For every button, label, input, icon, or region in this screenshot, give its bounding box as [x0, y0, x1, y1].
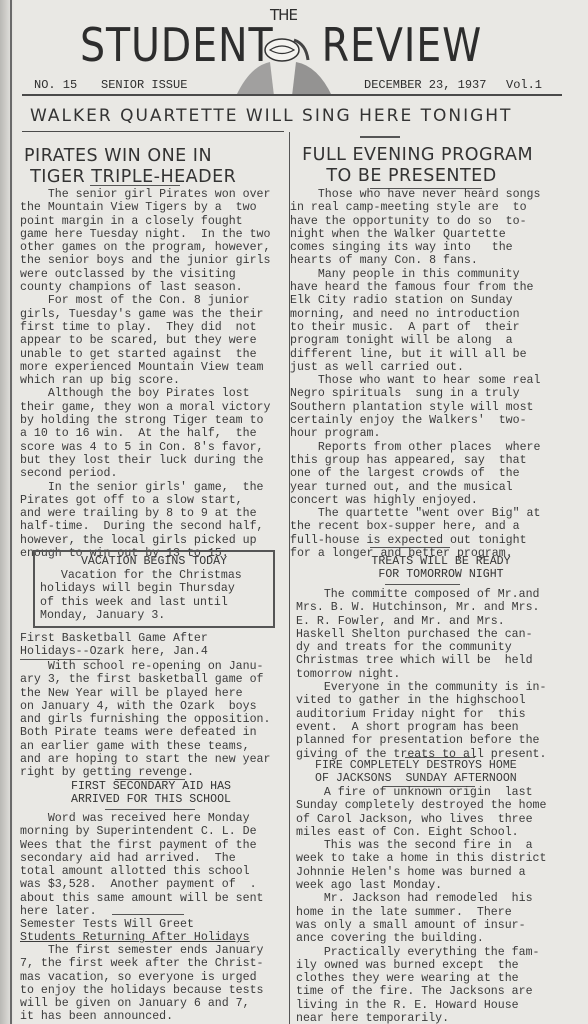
article-line: this group has appeared, say that — [290, 454, 540, 467]
article-line: to their music. A part of their — [290, 321, 540, 334]
program-headline-line: TO BE PRESENTED — [296, 166, 533, 187]
article-line: of this week and last until — [40, 596, 242, 609]
article-line: full-house is expected out tonight — [290, 534, 540, 547]
secondary-aid-article-body: Word was received here Mondaymorning by … — [20, 812, 264, 918]
treats-article-body: The committe composed of Mr.andMrs. B. W… — [296, 588, 546, 761]
treats-headline-line: FOR TOMORROW NIGHT — [296, 568, 586, 581]
banner-underline — [22, 131, 284, 132]
section-rule — [112, 914, 184, 915]
article-line: Reports from other places where — [290, 441, 540, 454]
issue-date: DECEMBER 23, 1937 — [364, 78, 486, 92]
article-line: home in the late summer. There — [296, 906, 546, 919]
headline-rule — [360, 136, 400, 138]
article-line: half-time. During the second half, — [20, 520, 270, 533]
article-line: week ago last Monday. — [296, 879, 546, 892]
pirates-headline-line: PIRATES WIN ONE IN — [24, 146, 236, 167]
article-line: Southern plantation style will most — [290, 401, 540, 414]
article-line: but they lost their luck during the — [20, 454, 270, 467]
article-line: Although the boy Pirates lost — [20, 387, 270, 400]
article-line: near here temporarily. — [296, 1012, 546, 1024]
article-line: certainly enjoy the Walkers' two- — [290, 414, 540, 427]
secondary-aid-headline: FIRST SECONDARY AID HASARRIVED FOR THIS … — [20, 780, 282, 807]
article-line: by holding the strong Tiger team to — [20, 414, 270, 427]
fire-headline-line: OF JACKSONS SUNDAY AFTERNOON — [315, 772, 517, 785]
issue-volume: Vol.1 — [506, 78, 542, 92]
article-line: With school re-opening on Janu- — [20, 660, 270, 673]
article-line: hearts of many Con. 8 fans. — [290, 254, 540, 267]
article-line: a 10 to 16 win. At the half, the — [20, 427, 270, 440]
article-line: second period. — [20, 467, 270, 480]
article-line: Those who want to hear some real — [290, 374, 540, 387]
article-line: year turned out, and the musical — [290, 481, 540, 494]
vacation-headline: VACATION BEGINS TODAY — [35, 555, 273, 568]
article-line: Negro spirituals sung in a truly — [290, 387, 540, 400]
article-line: Monday, January 3. — [40, 609, 242, 622]
treats-headline-line: TREATS WILL BE READY — [296, 555, 586, 568]
banner-headline: WALKER QUARTETTE WILL SING HERE TONIGHT — [30, 106, 512, 126]
article-line: time of the fire. The Jacksons are — [296, 985, 546, 998]
article-line: one of the largest crowds of the — [290, 467, 540, 480]
article-line: For most of the Con. 8 junior — [20, 294, 270, 307]
issue-type: SENIOR ISSUE — [101, 78, 187, 92]
pirates-headline: PIRATES WIN ONE IN TIGER TRIPLE-HEADER — [24, 146, 236, 188]
masthead-the: THE — [270, 6, 297, 24]
article-line: concert was highly enjoyed. — [290, 494, 540, 507]
article-line: tomorrow night. — [296, 668, 546, 681]
article-line: score was 4 to 5 in Con. 8's favor, — [20, 441, 270, 454]
article-line: the senior boys and the junior girls — [20, 254, 270, 267]
article-line: will be given on January 6 and 7, — [20, 997, 264, 1010]
article-line: morning by Superintendent C. L. De — [20, 825, 264, 838]
article-line: This was the second fire in a — [296, 839, 546, 852]
headline-rule — [105, 809, 195, 810]
semester-tests-headline: Semester Tests Will GreetStudents Return… — [20, 918, 250, 945]
program-headline: FULL EVENING PROGRAM TO BE PRESENTED — [296, 145, 533, 187]
article-line: their game, they won a moral victory — [20, 401, 270, 414]
article-line: The senior girl Pirates won over — [20, 188, 270, 201]
article-line: different line, but it will all be — [290, 348, 540, 361]
article-line: about this same amount will be sent — [20, 892, 264, 905]
article-line: The quartette "went over Big" at — [290, 507, 540, 520]
article-line: the recent box-supper here, and a — [290, 520, 540, 533]
article-line: girls, Tuesday's game was the their — [20, 308, 270, 321]
article-line: week to take a home in this district — [296, 852, 546, 865]
article-line: night when the Walker Quartette — [290, 228, 540, 241]
issue-number: NO. 15 — [34, 78, 77, 92]
article-line: Everyone in the community is in- — [296, 681, 546, 694]
article-line: Mrs. B. W. Hutchinson, Mr. and Mrs. — [296, 601, 546, 614]
vacation-article-body: Vacation for the Christmasholidays will … — [40, 569, 242, 622]
program-headline-line: FULL EVENING PROGRAM — [296, 145, 533, 166]
article-line: Wees that the first payment of the — [20, 839, 264, 852]
semester-tests-headline-line: Semester Tests Will Greet — [20, 918, 250, 931]
basketball-headline-line: First Basketball Game After — [20, 632, 208, 645]
article-line: Pirates got off to a slow start, — [20, 494, 270, 507]
article-line: here later. — [20, 905, 264, 918]
article-line: event. A short program has been — [296, 721, 546, 734]
article-line: comes singing its way into the — [290, 241, 540, 254]
basketball-article-body: With school re-opening on Janu-ary 3, th… — [20, 660, 270, 780]
article-line: Practically everything the fam- — [296, 946, 546, 959]
semester-tests-article-body: The first semester ends January7, the fi… — [20, 944, 264, 1024]
article-line: the New Year will be played here — [20, 687, 270, 700]
article-line: have heard the famous four from the — [290, 281, 540, 294]
article-line: and were trailing by 8 to 9 at the — [20, 507, 270, 520]
article-line: more experienced Mountain View team — [20, 361, 270, 374]
article-line: ily owned was burned except the — [296, 959, 546, 972]
masthead-title-right: REVIEW — [322, 18, 482, 72]
article-line: vited to gather in the highschool — [296, 694, 546, 707]
article-line: Mr. Jackson had remodeled his — [296, 892, 546, 905]
fire-headline-line: FIRE COMPLETELY DESTROYS HOME — [315, 759, 517, 772]
section-rule — [405, 757, 475, 758]
secondary-aid-headline-line: FIRST SECONDARY AID HAS — [20, 780, 282, 793]
article-line: right by getting revenge. — [20, 766, 270, 779]
article-line: county champions of last season. — [20, 281, 270, 294]
article-line: other games on the program, however, — [20, 241, 270, 254]
section-rule — [370, 547, 450, 548]
masthead: STUDENTREVIEW THE — [80, 6, 480, 76]
article-line: Many people in this community — [290, 268, 540, 281]
article-line: mas vacation, so everyone is urged — [20, 971, 264, 984]
article-line: E. R. Fowler, and Mr. and Mrs. — [296, 615, 546, 628]
article-line: have the opportunity to do so to- — [290, 215, 540, 228]
article-line: secondary aid had arrived. The — [20, 852, 264, 865]
article-line: point margin in a closely fought — [20, 215, 270, 228]
article-line: 7, the first week after the Christ- — [20, 957, 264, 970]
article-line: Both Pirate teams were defeated in — [20, 726, 270, 739]
article-line: first time to play. They did not — [20, 321, 270, 334]
article-line: dy and treats for the community — [296, 641, 546, 654]
fire-article-body: A fire of unknown origin lastSunday comp… — [296, 786, 546, 1024]
article-line: In the senior girls' game, the — [20, 481, 270, 494]
article-line: living in the R. E. Howard House — [296, 999, 546, 1012]
article-line: Elk City radio station on Sunday — [290, 294, 540, 307]
article-line: Haskell Shelton purchased the can- — [296, 628, 546, 641]
article-line: on January 4, with the Ozark boys — [20, 700, 270, 713]
secondary-aid-headline-line: ARRIVED FOR THIS SCHOOL — [20, 793, 282, 806]
article-line: Vacation for the Christmas — [40, 569, 242, 582]
article-line: program tonight will be along a — [290, 334, 540, 347]
article-line: of Carol Jackson, who lives three — [296, 813, 546, 826]
article-line: total amount allotted this school — [20, 865, 264, 878]
pirates-article-body: The senior girl Pirates won overthe Moun… — [20, 188, 270, 560]
binding-rule — [10, 0, 12, 1024]
article-line: to enjoy the holidays because tests — [20, 984, 264, 997]
headline-rule — [90, 185, 180, 186]
article-line: The committe composed of Mr.and — [296, 588, 546, 601]
article-line: which ran up big score. — [20, 374, 270, 387]
article-line: planned for presentation before the — [296, 734, 546, 747]
article-line: A fire of unknown origin last — [296, 786, 546, 799]
article-line: appear to be scared, but they were — [20, 334, 270, 347]
article-line: Sunday completely destroyed the home — [296, 799, 546, 812]
article-line: was only a small amount of insur- — [296, 919, 546, 932]
article-line: Those who have never heard songs — [290, 188, 540, 201]
semester-tests-headline-line: Students Returning After Holidays — [20, 931, 250, 944]
treats-headline: TREATS WILL BE READYFOR TOMORROW NIGHT — [296, 555, 586, 582]
article-line: game here Tuesday night. In the two — [20, 228, 270, 241]
article-line: an earlier game with these teams, — [20, 740, 270, 753]
article-line: just as well carried out. — [290, 361, 540, 374]
article-line: hour program. — [290, 427, 540, 440]
article-line: however, the local girls picked up — [20, 534, 270, 547]
article-line: were outclassed by the visiting — [20, 268, 270, 281]
article-line: morning, and need no introduction — [290, 308, 540, 321]
masthead-rule — [22, 94, 562, 96]
article-line: holidays will begin Thursday — [40, 582, 242, 595]
article-line: it has been announced. — [20, 1010, 264, 1023]
article-line: ary 3, the first basketball game of — [20, 673, 270, 686]
program-article-body: Those who have never heard songsin real … — [290, 188, 540, 560]
basketball-headline: First Basketball Game AfterHolidays--Oza… — [20, 632, 208, 659]
santa-illustration-icon — [230, 34, 340, 96]
basketball-headline-line: Holidays--Ozark here, Jan.4 — [20, 645, 208, 658]
article-line: Word was received here Monday — [20, 812, 264, 825]
article-line: miles east of Con. Eight School. — [296, 826, 546, 839]
article-line: The first semester ends January — [20, 944, 264, 957]
article-line: Christmas tree which will be held — [296, 654, 546, 667]
fire-headline: FIRE COMPLETELY DESTROYS HOMEOF JACKSONS… — [315, 759, 517, 786]
article-line: unable to get started against the — [20, 348, 270, 361]
article-line: clothes they were wearing at the — [296, 972, 546, 985]
article-line: was $3,528. Another payment of . — [20, 878, 264, 891]
article-line: the Mountain View Tigers by a two — [20, 201, 270, 214]
headline-rule — [385, 584, 460, 585]
article-line: in real camp-meeting style are to — [290, 201, 540, 214]
article-line: and girls furnishing the opposition. — [20, 713, 270, 726]
article-line: ance covering the building. — [296, 932, 546, 945]
article-line: and are hoping to start the new year — [20, 753, 270, 766]
article-line: Johnnie Helen's home was burned a — [296, 866, 546, 879]
article-line: auditorium Friday night for this — [296, 708, 546, 721]
